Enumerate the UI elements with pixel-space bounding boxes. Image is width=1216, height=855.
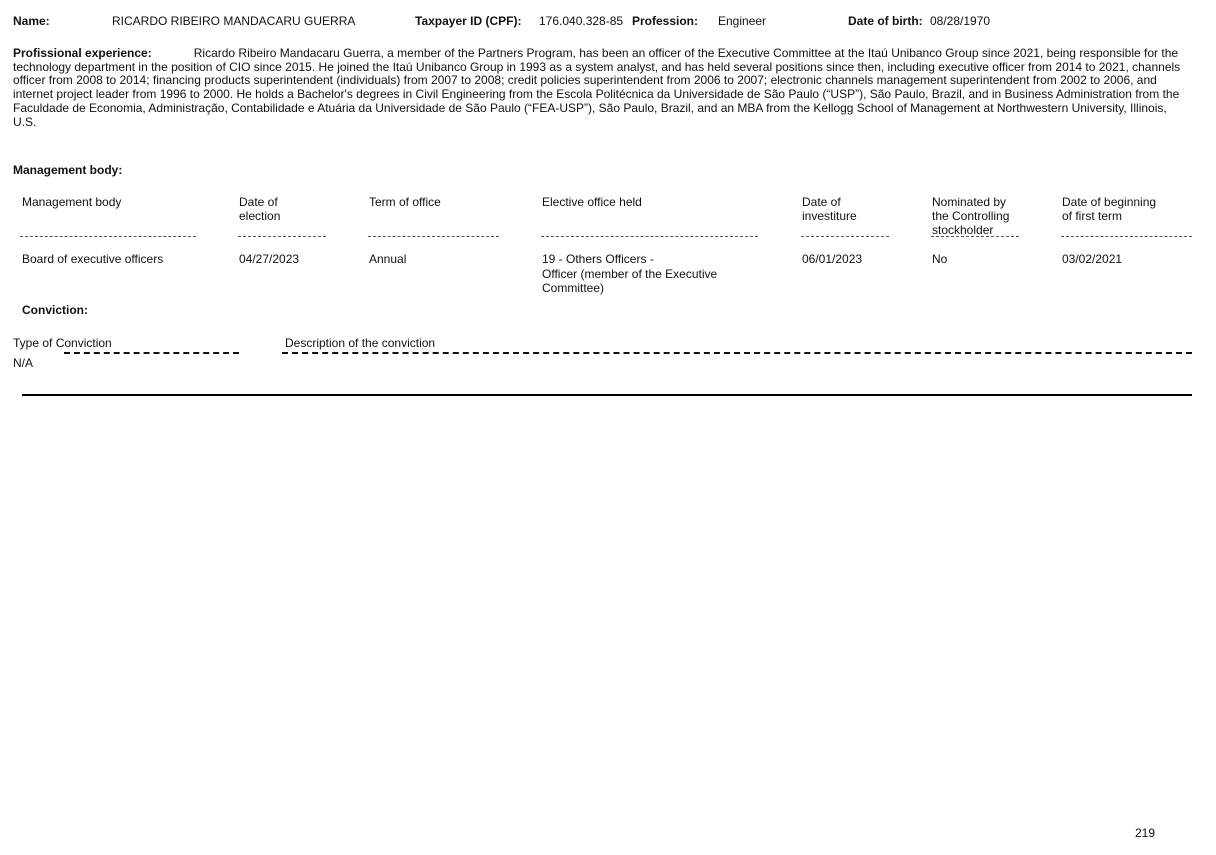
- column-underline: [801, 236, 889, 237]
- column-header-elective-office: Elective office held: [542, 195, 642, 209]
- conviction-type-underline: [64, 352, 239, 354]
- column-underline: [20, 236, 196, 237]
- cell-term-of-office: Annual: [369, 252, 406, 267]
- column-underline: [931, 236, 1019, 237]
- column-header-date-of-investiture: Date of investiture: [802, 195, 857, 223]
- professional-experience: Profissional experience:Ricardo Ribeiro …: [13, 47, 1183, 129]
- conviction-description-label: Description of the conviction: [285, 336, 435, 350]
- profession-label: Profession:: [632, 14, 698, 28]
- column-header-date-of-election: Date of election: [239, 195, 280, 223]
- column-header-term-of-office: Term of office: [369, 195, 441, 209]
- cell-date-first-term: 03/02/2021: [1062, 252, 1122, 267]
- column-underline: [1061, 236, 1192, 237]
- profession-value: Engineer: [718, 14, 766, 28]
- conviction-type-value: N/A: [13, 356, 33, 370]
- cell-date-of-investiture: 06/01/2023: [802, 252, 862, 267]
- management-section-title: Management body:: [13, 163, 122, 177]
- column-header-management-body: Management body: [22, 195, 121, 209]
- cpf-label: Taxpayer ID (CPF):: [415, 14, 521, 28]
- column-header-nominated-by-controlling: Nominated by the Controlling stockholder: [932, 195, 1009, 237]
- column-underline: [238, 236, 326, 237]
- cell-management-body: Board of executive officers: [22, 252, 163, 267]
- cpf-value: 176.040.328-85: [539, 14, 623, 28]
- column-underline: [541, 236, 758, 237]
- cell-elective-office: 19 - Others Officers - Officer (member o…: [542, 252, 717, 296]
- conviction-description-underline: [282, 352, 1192, 354]
- cell-date-of-election: 04/27/2023: [239, 252, 299, 267]
- column-underline: [368, 236, 499, 237]
- section-divider: [22, 394, 1192, 396]
- conviction-type-label: Type of Conviction: [13, 336, 112, 350]
- cell-nominated-by-controlling: No: [932, 252, 947, 267]
- name-label: Name:: [13, 14, 50, 28]
- experience-label: Profissional experience:: [13, 46, 152, 60]
- dob-value: 08/28/1970: [930, 14, 990, 28]
- conviction-section-title: Conviction:: [22, 303, 88, 317]
- experience-text: Ricardo Ribeiro Mandacaru Guerra, a memb…: [13, 46, 1180, 129]
- name-value: RICARDO RIBEIRO MANDACARU GUERRA: [112, 14, 355, 28]
- column-header-date-first-term: Date of beginning of first term: [1062, 195, 1156, 223]
- dob-label: Date of birth:: [848, 14, 923, 28]
- page-number: 219: [1135, 826, 1155, 840]
